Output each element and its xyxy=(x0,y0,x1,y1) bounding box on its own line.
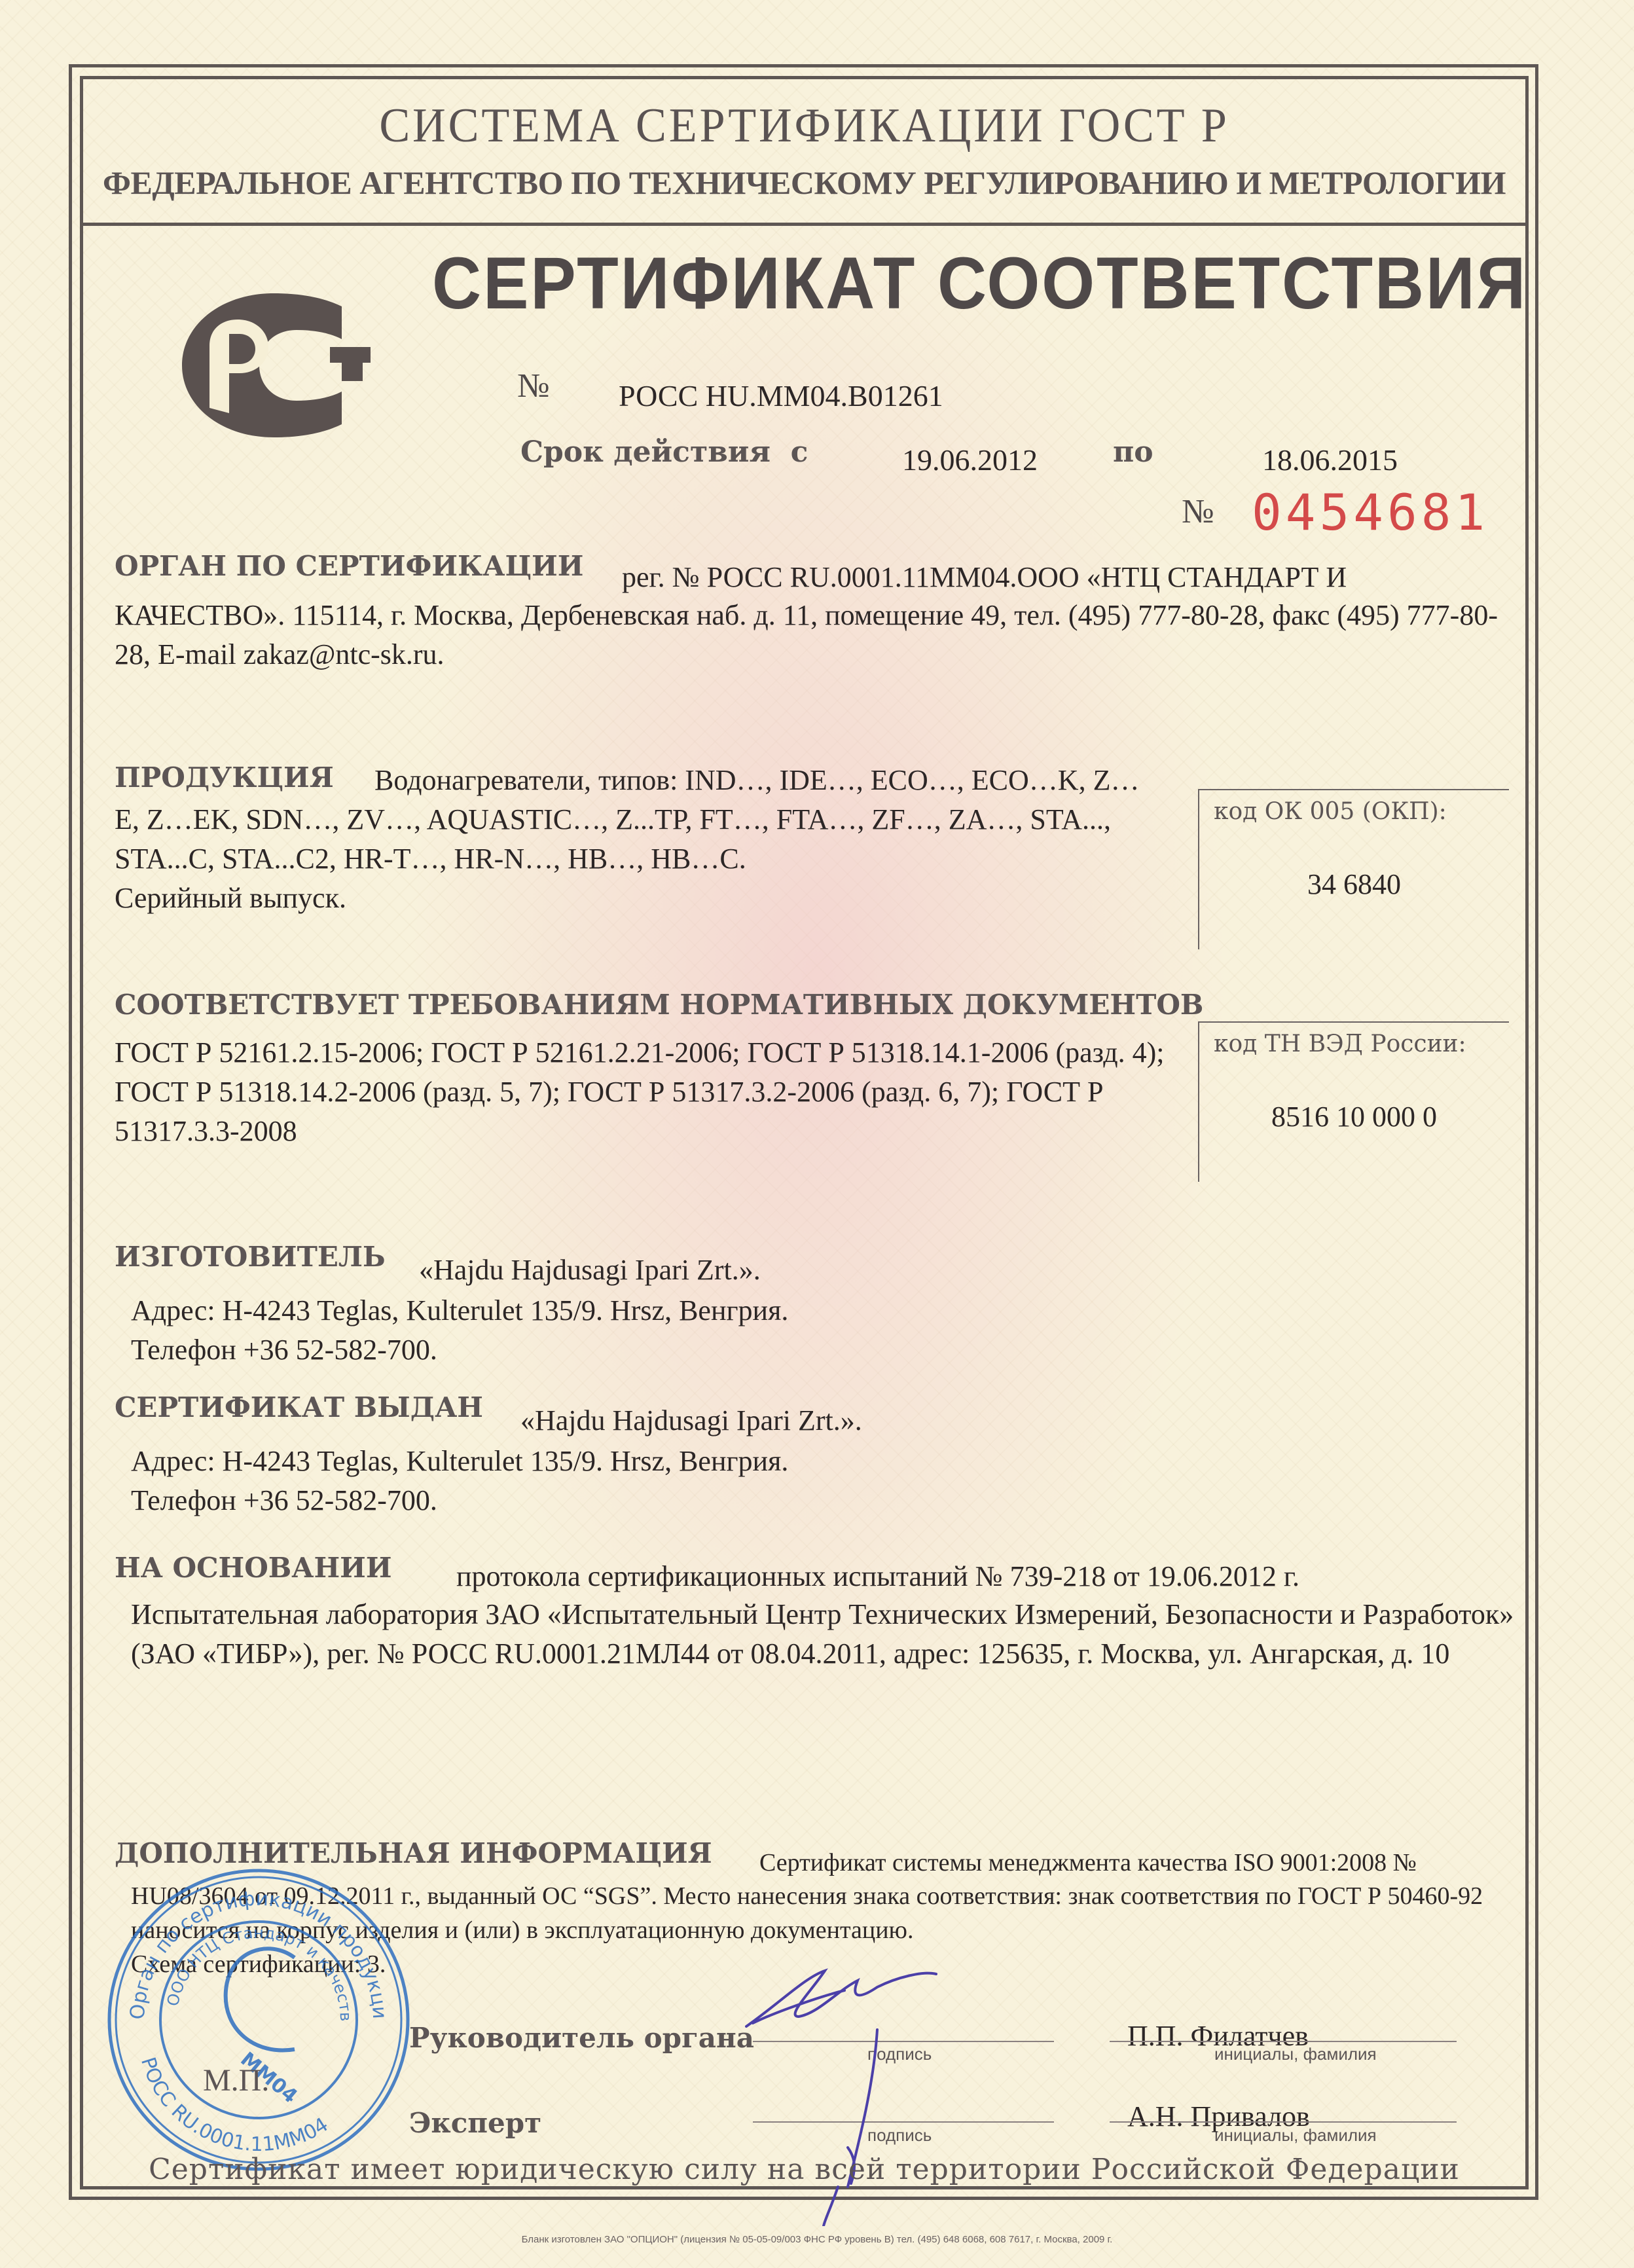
okp-code-box: код ОК 005 (ОКП): 34 6840 xyxy=(1198,789,1509,949)
tnved-code-value: 8516 10 000 0 xyxy=(1199,1100,1509,1133)
seal-place-label: М.П. xyxy=(203,2062,269,2098)
issued-to-contacts: Адрес: H-4243 Teglas, Kulterulet 135/9. … xyxy=(131,1442,1113,1520)
blank-serial-number: 0454681 xyxy=(1252,483,1489,541)
agency-name: ФЕДЕРАЛЬНОЕ АГЕНТСТВО ПО ТЕХНИЧЕСКОМУ РЕ… xyxy=(80,164,1529,202)
certification-body-text-first: рег. № РОСС RU.0001.11ММ04.ООО «НТЦ СТАН… xyxy=(622,558,1347,597)
okp-code-value: 34 6840 xyxy=(1199,868,1509,901)
system-title: СИСТЕМА СЕРТИФИКАЦИИ ГОСТ Р xyxy=(116,98,1492,154)
official-stamp-icon: Орган по сертификации продукции РОСС RU.… xyxy=(98,1859,419,2180)
basis-label: НА ОСНОВАНИИ xyxy=(115,1552,392,1584)
issued-to-phone: Телефон +36 52-582-700. xyxy=(131,1481,1113,1520)
certificate-number: РОСС HU.ММ04.В01261 xyxy=(619,378,943,413)
tnved-code-label: код ТН ВЭД России: xyxy=(1214,1031,1466,1057)
issued-to-label: СЕРТИФИКАТ ВЫДАН xyxy=(115,1391,483,1423)
rst-mark-icon xyxy=(182,293,378,437)
basis-text: Испытательная лаборатория ЗАО «Испытател… xyxy=(131,1595,1519,1674)
blank-number-sign: № xyxy=(1182,492,1214,531)
head-name-line xyxy=(1110,2041,1457,2042)
issued-to-address: Адрес: H-4243 Teglas, Kulterulet 135/9. … xyxy=(131,1442,1113,1481)
tnved-code-box: код ТН ВЭД России: 8516 10 000 0 xyxy=(1198,1021,1509,1182)
manufacturer-contacts: Адрес: H-4243 Teglas, Kulterulet 135/9. … xyxy=(131,1291,1113,1370)
certification-body-label: ОРГАН ПО СЕРТИФИКАЦИИ xyxy=(115,550,583,582)
expert-role-label: Эксперт xyxy=(409,2107,541,2139)
manufacturer-address: Адрес: H-4243 Teglas, Kulterulet 135/9. … xyxy=(131,1291,1113,1330)
product-models: E, Z…EK, SDN…, ZV…, AQUASTIC…, Z...TP, F… xyxy=(115,800,1175,879)
expert-name-caption: инициалы, фамилия xyxy=(1214,2125,1377,2146)
manufacturer-phone: Телефон +36 52-582-700. xyxy=(131,1330,1113,1370)
legal-validity-note: Сертификат имеет юридическую силу на все… xyxy=(80,2153,1529,2186)
product-text: E, Z…EK, SDN…, ZV…, AQUASTIC…, Z...TP, F… xyxy=(115,800,1175,918)
product-serial: Серийный выпуск. xyxy=(115,879,1175,918)
valid-to-date: 18.06.2015 xyxy=(1262,443,1398,477)
header-divider xyxy=(80,223,1529,226)
valid-to-label: по xyxy=(1113,435,1153,469)
validity-label: Срок действия с xyxy=(520,435,808,469)
number-sign: № xyxy=(517,367,550,405)
okp-code-label: код ОК 005 (ОКП): xyxy=(1214,798,1447,825)
additional-info-text-first: Сертификат системы менеджмента качества … xyxy=(759,1843,1417,1882)
basis-text-first: протокола сертификационных испытаний № 7… xyxy=(456,1557,1299,1596)
certificate-title: СЕРТИФИКАТ СООТВЕТСТВИЯ xyxy=(432,241,1527,325)
manufacturer-label: ИЗГОТОВИТЕЛЬ xyxy=(115,1241,386,1273)
head-role-label: Руководитель органа xyxy=(409,2022,754,2054)
product-label: ПРОДУКЦИЯ xyxy=(115,761,334,794)
certification-body-text: КАЧЕСТВО». 115114, г. Москва, Дербеневск… xyxy=(115,596,1502,674)
norms-label: СООТВЕТСТВУЕТ ТРЕБОВАНИЯМ НОРМАТИВНЫХ ДО… xyxy=(115,989,1203,1021)
issued-to-name: «Hajdu Hajdusagi Ipari Zrt.». xyxy=(520,1401,862,1440)
valid-from-date: 19.06.2012 xyxy=(902,443,1038,477)
manufacturer-name: «Hajdu Hajdusagi Ipari Zrt.». xyxy=(419,1251,761,1290)
expert-name-line xyxy=(1110,2121,1457,2123)
printer-imprint: Бланк изготовлен ЗАО "ОПЦИОН" (лицензия … xyxy=(0,2234,1634,2245)
head-name-caption: инициалы, фамилия xyxy=(1214,2044,1377,2064)
norms-text: ГОСТ Р 52161.2.15-2006; ГОСТ Р 52161.2.2… xyxy=(115,1033,1188,1151)
product-text-first: Водонагреватели, типов: IND…, IDE…, ECO…… xyxy=(374,761,1139,800)
